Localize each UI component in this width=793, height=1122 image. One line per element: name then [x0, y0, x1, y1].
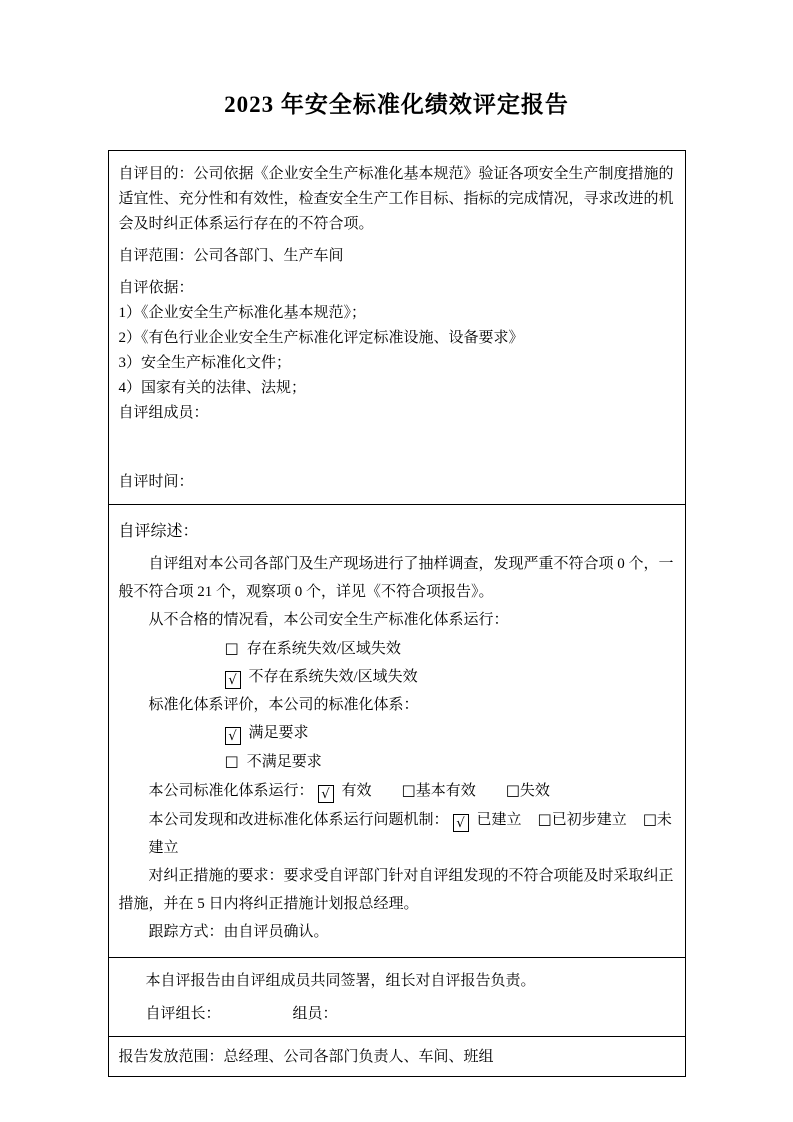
checkbox-established-icon[interactable]: √: [453, 814, 469, 832]
checkbox-effective-icon[interactable]: √: [318, 785, 334, 803]
basis-item-3: 3）安全生产标准化文件；: [119, 351, 675, 376]
basis-item-4: 4）国家有关的法律、法规；: [119, 376, 675, 401]
checkbox-meets-requirements-icon[interactable]: √: [225, 727, 241, 745]
checkbox-no-system-failure-icon[interactable]: √: [225, 671, 241, 689]
q3-line: 本公司标准化体系运行：√有效□基本有效□失效: [149, 776, 675, 805]
purpose-text: 自评目的：公司依据《企业安全生产标准化基本规范》验证各项安全生产制度措施的适宜性…: [119, 162, 675, 237]
section-overview: 自评目的：公司依据《企业安全生产标准化基本规范》验证各项安全生产制度措施的适宜性…: [109, 151, 685, 504]
option-label: 已初步建立: [552, 812, 627, 828]
checkbox-not-meets-requirements-icon[interactable]: □: [225, 752, 239, 770]
member-label: 组员：: [293, 1006, 338, 1022]
option-label: 存在系统失效/区域失效: [247, 641, 401, 657]
checkbox-initially-established-icon[interactable]: □: [538, 810, 552, 828]
option-label: 失效: [520, 783, 550, 799]
report-table: 自评目的：公司依据《企业安全生产标准化基本规范》验证各项安全生产制度措施的适宜性…: [108, 150, 686, 1077]
distribution-text: 报告发放范围：总经理、公司各部门负责人、车间、班组: [119, 1045, 675, 1069]
document-page: 2023 年安全标准化绩效评定报告 自评目的：公司依据《企业安全生产标准化基本规…: [0, 0, 793, 1122]
leader-label: 自评组长：: [146, 1006, 221, 1022]
option-label: 不存在系统失效/区域失效: [249, 669, 418, 685]
scope-text: 自评范围：公司各部门、生产车间: [119, 244, 675, 269]
signoff-line: 自评组长：组员：: [146, 1001, 675, 1027]
checkbox-system-failure-icon[interactable]: □: [225, 639, 239, 657]
option-label: 不满足要求: [247, 754, 322, 770]
checkbox-ineffective-icon[interactable]: □: [506, 781, 520, 799]
q3-prompt: 本公司标准化体系运行：: [149, 783, 314, 799]
signoff-note: 本自评报告由自评组成员共同签署，组长对自评报告负责。: [146, 968, 675, 994]
document-title: 2023 年安全标准化绩效评定报告: [0, 0, 793, 119]
basis-label: 自评依据：: [119, 276, 675, 301]
option-meets-requirements: √满足要求: [225, 719, 675, 747]
tracking-text: 跟踪方式：由自评员确认。: [149, 918, 675, 946]
option-label: 已建立: [477, 812, 522, 828]
q1-prompt: 从不合格的情况看，本公司安全生产标准化体系运行：: [149, 606, 675, 634]
q4-line: 本公司发现和改进标准化体系运行问题机制：√已建立□已初步建立□未建立: [149, 805, 675, 862]
basis-item-1: 1）《企业安全生产标准化基本规范》；: [119, 301, 675, 326]
option-label: 有效: [342, 783, 372, 799]
option-system-failure: □存在系统失效/区域失效: [225, 634, 675, 663]
option-label: 满足要求: [249, 725, 309, 741]
section-signoff: 本自评报告由自评组成员共同签署，组长对自评报告负责。 自评组长：组员：: [109, 957, 685, 1036]
q2-prompt: 标准化体系评价，本公司的标准化体系：: [149, 691, 675, 719]
option-not-meets-requirements: □不满足要求: [225, 747, 675, 776]
option-no-system-failure: √不存在系统失效/区域失效: [225, 663, 675, 691]
time-label: 自评时间：: [119, 470, 675, 495]
section-review: 自评综述： 自评组对本公司各部门及生产现场进行了抽样调查，发现严重不符合项 0 …: [109, 504, 685, 957]
option-label: 基本有效: [416, 783, 476, 799]
checkbox-basically-effective-icon[interactable]: □: [402, 781, 416, 799]
q4-prompt: 本公司发现和改进标准化体系运行问题机制：: [149, 812, 449, 828]
members-label: 自评组成员：: [119, 401, 675, 426]
section-distribution: 报告发放范围：总经理、公司各部门负责人、车间、班组: [109, 1036, 685, 1076]
review-heading: 自评综述：: [119, 518, 675, 546]
corrective-text: 对纠正措施的要求：要求受自评部门针对自评组发现的不符合项能及时采取纠正措施，并在…: [119, 862, 675, 918]
basis-item-2: 2）《有色行业企业安全生产标准化评定标准设施、设备要求》: [119, 326, 675, 351]
review-summary: 自评组对本公司各部门及生产现场进行了抽样调查，发现严重不符合项 0 个，一般不符…: [119, 550, 675, 606]
checkbox-not-established-icon[interactable]: □: [643, 810, 657, 828]
